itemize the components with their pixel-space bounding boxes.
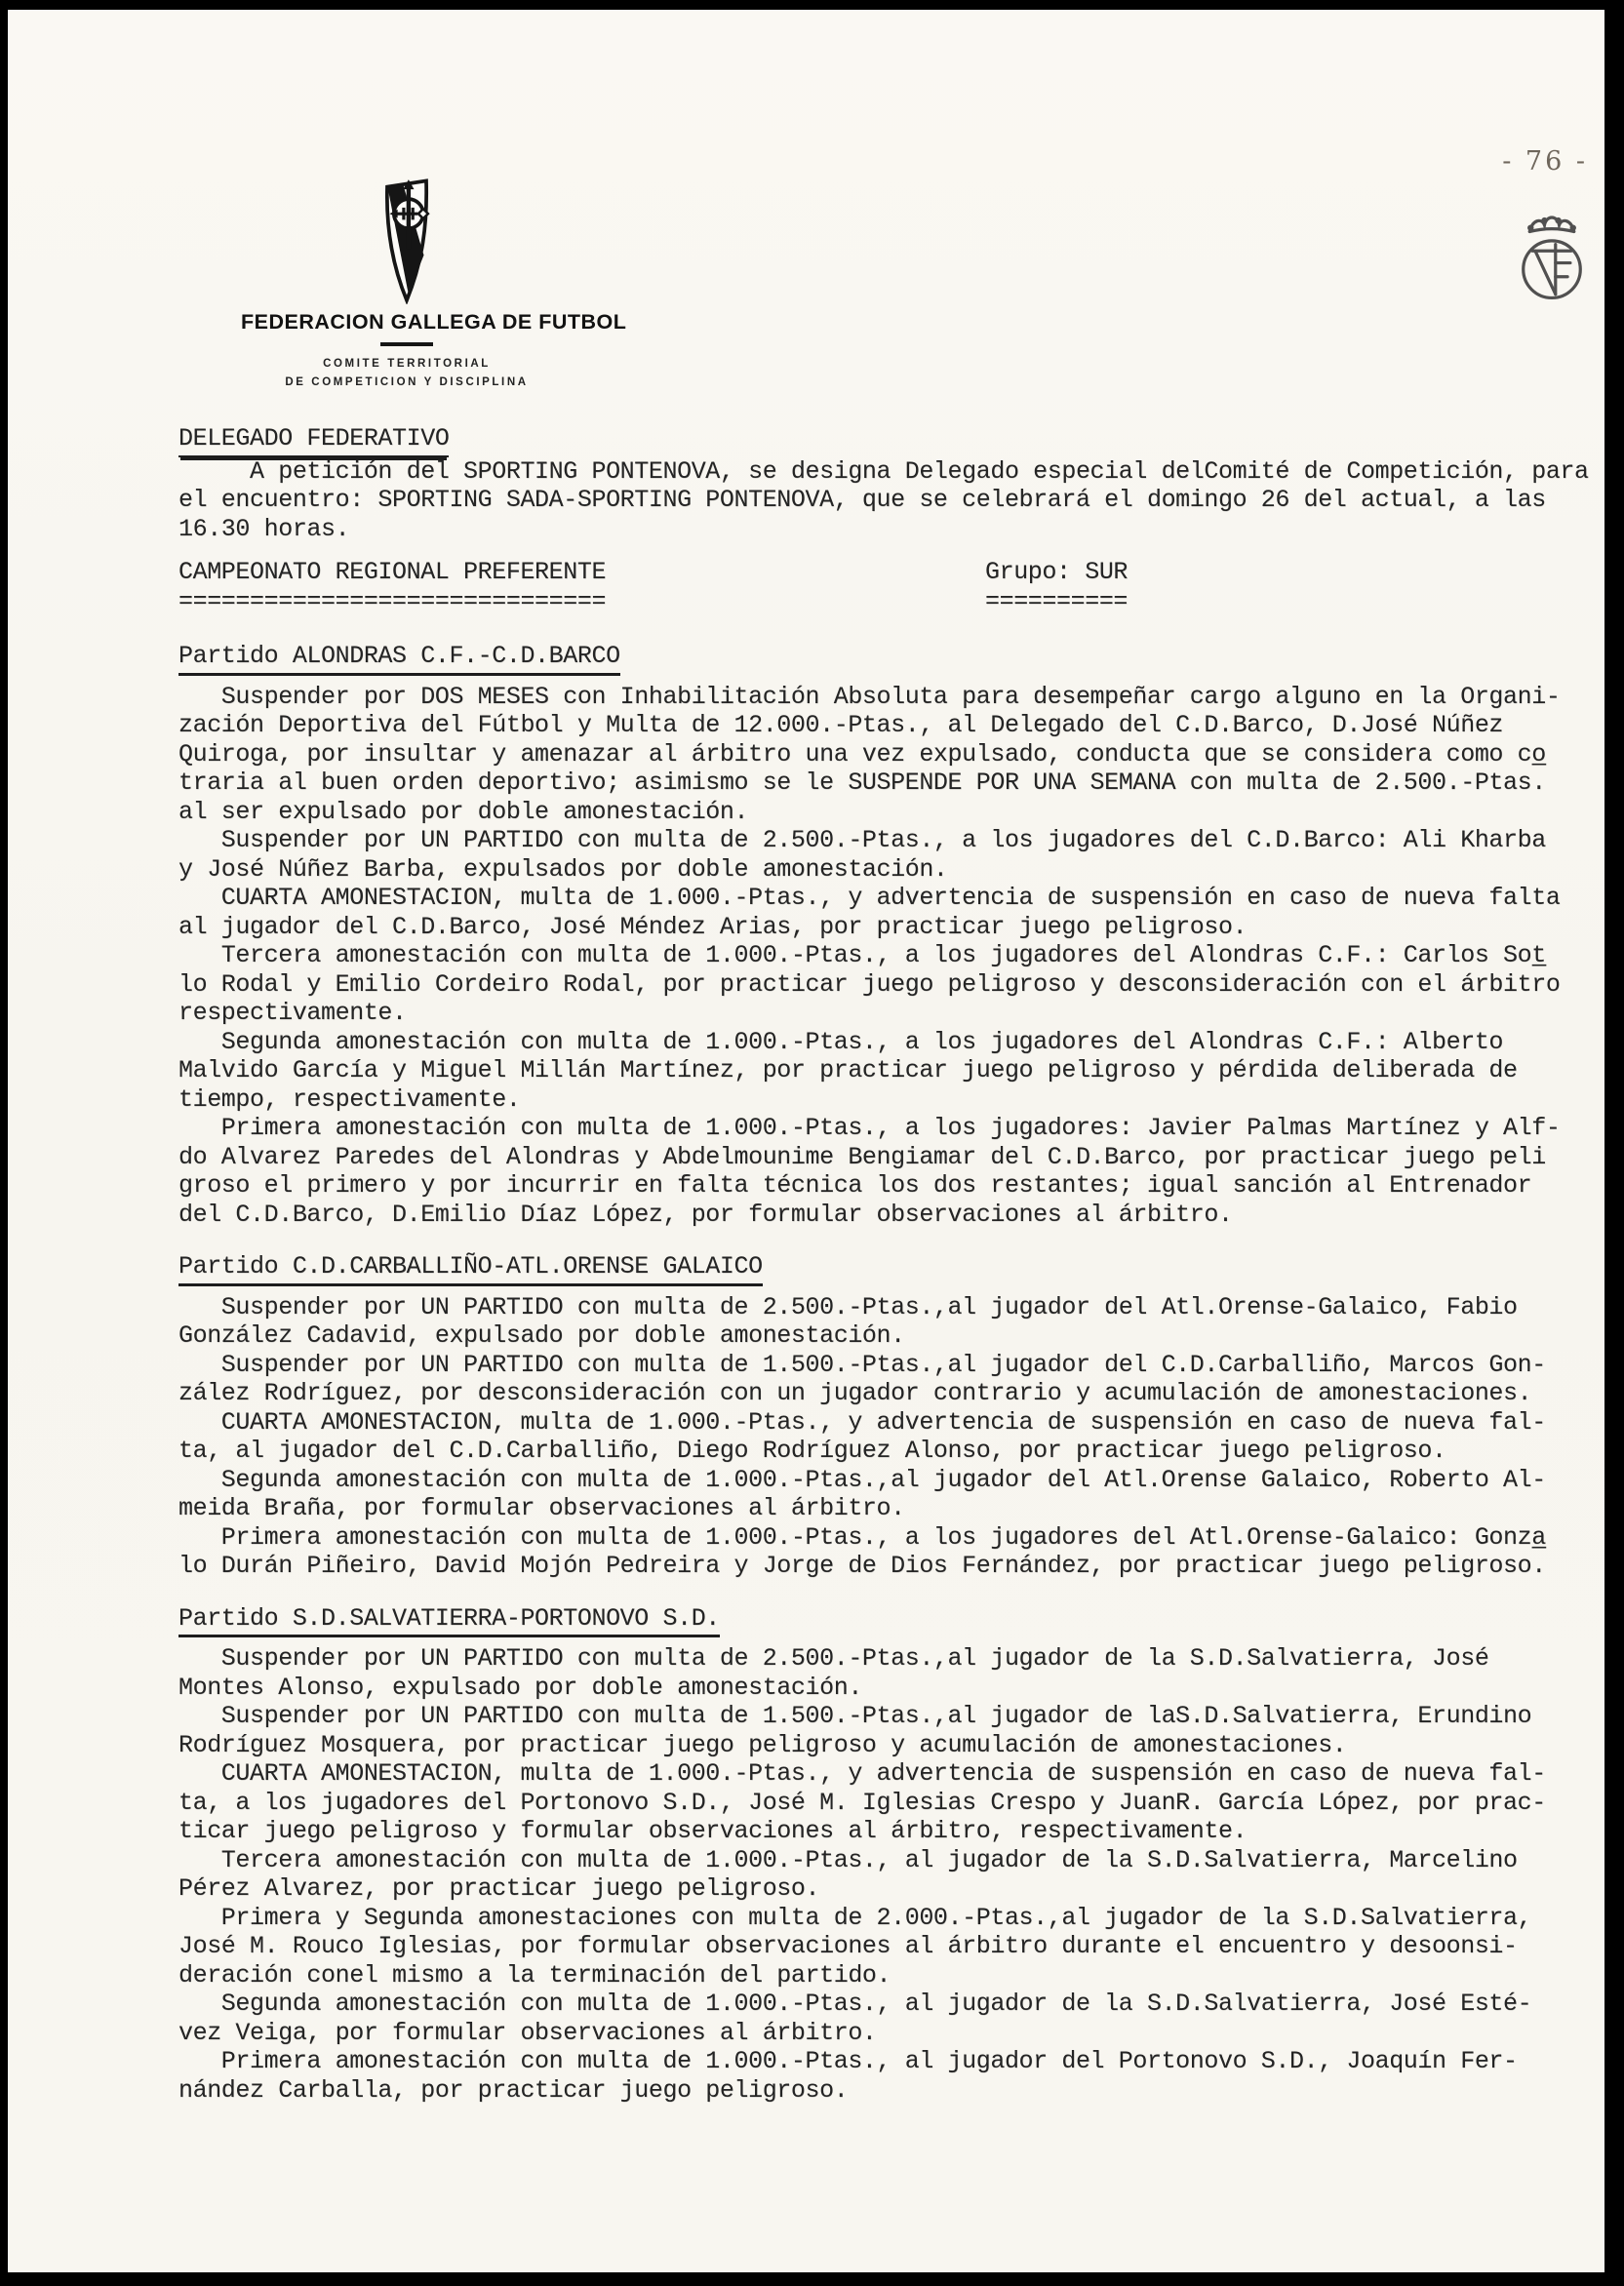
match-body: Suspender por UN PARTIDO con multa de 2.… <box>178 1644 1604 2105</box>
match-section-alondras-barco: Partido ALONDRAS C.F.-C.D.BARCO Suspende… <box>178 642 1604 1229</box>
championship-header: CAMPEONATO REGIONAL PREFERENTE =========… <box>178 558 1604 618</box>
group-label: Grupo: SUR <box>985 558 1128 587</box>
group-label-rule: ========== <box>985 587 1128 616</box>
championship-title-rule: ============================== <box>178 587 606 616</box>
sanction-paragraph: Segunda amonestación con multa de 1.000.… <box>178 1466 1604 1523</box>
sanction-paragraph: Suspender por UN PARTIDO con multa de 1.… <box>178 1702 1604 1759</box>
delegado-section-heading: DELEGADO FEDERATIVO <box>178 424 449 457</box>
document-page: FEDERACION GALLEGA DE FUTBOL COMITE TERR… <box>8 10 1604 2272</box>
letterhead-divider <box>380 342 433 346</box>
match-heading: Partido S.D.SALVATIERRA-PORTONOVO S.D. <box>178 1604 720 1638</box>
sanction-paragraph: Segunda amonestación con multa de 1.000.… <box>178 1990 1604 2047</box>
page-number: - 76 - <box>1502 146 1588 177</box>
sanction-paragraph: CUARTA AMONESTACION, multa de 1.000.-Pta… <box>178 1759 1604 1846</box>
match-heading: Partido ALONDRAS C.F.-C.D.BARCO <box>178 642 620 676</box>
match-section-salvatierra-portonovo: Partido S.D.SALVATIERRA-PORTONOVO S.D. S… <box>178 1604 1604 2106</box>
sanction-paragraph: Suspender por UN PARTIDO con multa de 1.… <box>178 1351 1604 1408</box>
sanction-paragraph: Suspender por UN PARTIDO con multa de 2.… <box>178 1644 1604 1702</box>
match-body: Suspender por DOS MESES con Inhabilitaci… <box>178 683 1604 1230</box>
organization-name: FEDERACION GALLEGA DE FUTBOL <box>241 310 573 335</box>
sanction-paragraph: Suspender por UN PARTIDO con multa de 2.… <box>178 826 1604 884</box>
sanction-paragraph: Primera y Segunda amonestaciones con mul… <box>178 1904 1604 1990</box>
sanction-paragraph: Primera amonestación con multa de 1.000.… <box>178 2047 1604 2105</box>
document-body: DELEGADO FEDERATIVO A petición del SPORT… <box>178 424 1604 2105</box>
delegado-paragraph: A petición del SPORTING PONTENOVA, se de… <box>178 457 1604 544</box>
sanction-paragraph: Tercera amonestación con multa de 1.000.… <box>178 1846 1604 1904</box>
sanction-paragraph: Primera amonestación con multa de 1.000.… <box>178 1114 1604 1229</box>
sanction-paragraph: Primera amonestación con multa de 1.000.… <box>178 1523 1604 1581</box>
sanction-paragraph: CUARTA AMONESTACION, multa de 1.000.-Pta… <box>178 1408 1604 1466</box>
fgf-round-stamp-icon <box>1519 207 1585 304</box>
championship-title-block: CAMPEONATO REGIONAL PREFERENTE =========… <box>178 558 606 615</box>
committee-line-2: DE COMPETICION Y DISCIPLINA <box>241 374 573 392</box>
fgf-shield-crest-icon <box>382 176 431 304</box>
match-heading: Partido C.D.CARBALLIÑO-ATL.ORENSE GALAIC… <box>178 1252 763 1286</box>
match-section-carballino-orense: Partido C.D.CARBALLIÑO-ATL.ORENSE GALAIC… <box>178 1252 1604 1581</box>
sanction-paragraph: Suspender por UN PARTIDO con multa de 2.… <box>178 1293 1604 1351</box>
sanction-paragraph: Segunda amonestación con multa de 1.000.… <box>178 1028 1604 1115</box>
letterhead: FEDERACION GALLEGA DE FUTBOL COMITE TERR… <box>241 176 573 392</box>
group-label-block: Grupo: SUR ========== <box>985 558 1128 615</box>
sanction-paragraph: Suspender por DOS MESES con Inhabilitaci… <box>178 683 1604 827</box>
sanction-paragraph: CUARTA AMONESTACION, multa de 1.000.-Pta… <box>178 884 1604 941</box>
sanction-paragraph: Tercera amonestación con multa de 1.000.… <box>178 941 1604 1028</box>
scanned-document-photo: { "colors": { "paper": "#f8f6f0", "ink":… <box>0 0 1624 2286</box>
championship-title: CAMPEONATO REGIONAL PREFERENTE <box>178 558 606 587</box>
committee-line-1: COMITE TERRITORIAL <box>241 355 573 374</box>
match-body: Suspender por UN PARTIDO con multa de 2.… <box>178 1293 1604 1581</box>
